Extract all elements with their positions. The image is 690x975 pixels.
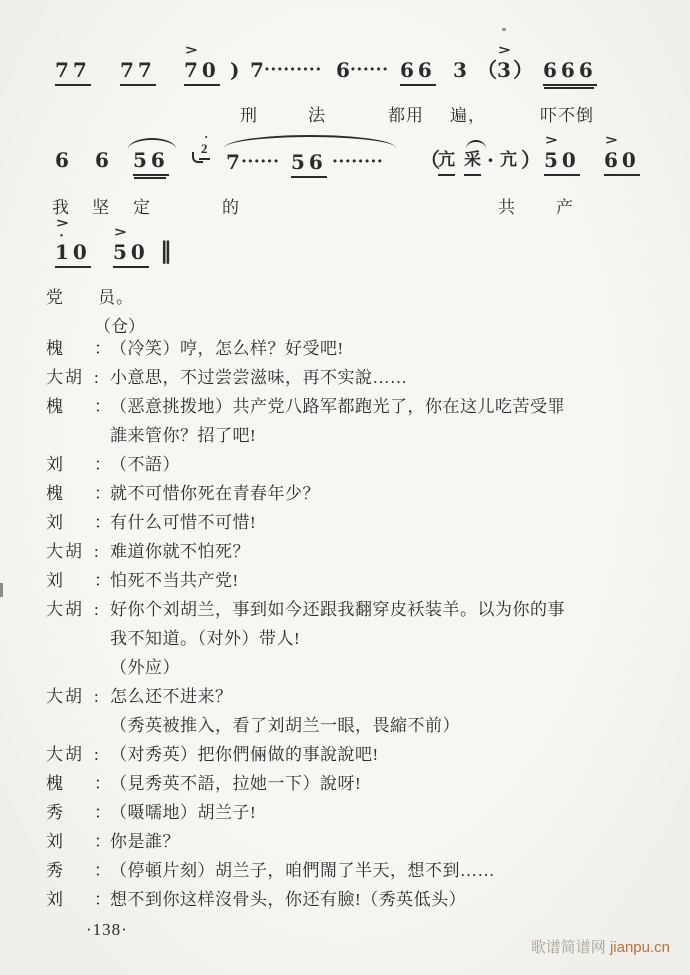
open-paren: （ (420, 148, 440, 172)
dialogue-row: 槐：（恶意挑拨地）共产党八路军都跑光了，你在这儿吃苦受罪 (46, 392, 662, 421)
final-barline: ‖ (160, 238, 172, 264)
scan-speckle (502, 28, 506, 31)
speaker-label: 大胡 (46, 363, 94, 392)
music-note: 66 (400, 58, 436, 86)
scanned-score-page: 77 77 >70 ) 7 ········· 6 ······ 66 3 （ … (0, 0, 690, 975)
dialogue-text: 就不可惜你死在青春年少？ (110, 479, 662, 508)
speaker-label: 刘 (46, 566, 94, 595)
dialogue-text: （冷笑）哼，怎么样？好受吧! (110, 334, 662, 363)
dialogue-text: （嗫嚅地）胡兰子! (110, 798, 662, 827)
speaker-label: 大胡 (46, 682, 94, 711)
speaker-label: 大胡 (46, 740, 94, 769)
music-note: >·10 (55, 240, 91, 268)
music-note: >60 (604, 148, 640, 176)
speaker-label: 大胡 (46, 537, 94, 566)
speaker-label: 秀 (46, 798, 94, 827)
speaker-colon (94, 653, 110, 682)
dialogue-row: 刘：你是誰？ (46, 827, 662, 856)
dialogue-row: 大胡:怎么还不进来？ (46, 682, 662, 711)
watermark-site-name: 歌谱简谱网 (531, 939, 610, 956)
speaker-colon: ： (94, 885, 110, 914)
speaker-colon: : (94, 682, 110, 711)
lyric-syllable: 共 (498, 193, 516, 218)
dialogue-row: 刘：有什么可惜不可惜! (46, 508, 662, 537)
dialogue-text: 怕死不当共产党! (110, 566, 662, 595)
speaker-colon: : (94, 595, 110, 624)
speaker-colon: ： (94, 798, 110, 827)
music-note: >50 (113, 240, 149, 268)
accent-icon: > (114, 225, 128, 239)
dialogue-text: （停頓片刻）胡兰子，咱們閙了半天，想不到…… (110, 856, 662, 885)
music-note: >70 (184, 58, 220, 86)
dialogue-row: 槐：（見秀英不語，拉她一下）說呀! (46, 769, 662, 798)
speaker-label: 槐 (46, 769, 94, 798)
accent-icon: > (498, 43, 512, 57)
speaker-label: 大胡 (46, 595, 94, 624)
dialogue-text: 想不到你这样沒骨头，你还有臉!（秀英低头） (110, 885, 662, 914)
dialogue-row: 刘：怕死不当共产党! (46, 566, 662, 595)
watermark-site-url: jianpu.cn (610, 939, 670, 956)
dialogue-row: 大胡:（对秀英）把你們倆做的事說說吧! (46, 740, 662, 769)
speaker-label: 刘 (46, 450, 94, 479)
speaker-colon: ： (94, 769, 110, 798)
music-note: 7 (250, 58, 265, 82)
speaker-label (46, 653, 94, 682)
lyric-syllable: 我 (52, 193, 70, 218)
dialogue-row: 秀：（嗫嚅地）胡兰子! (46, 798, 662, 827)
lyric-syllable: 刑 (240, 101, 258, 126)
speaker-colon: ： (94, 827, 110, 856)
scan-speckle (0, 583, 3, 597)
music-note: 6 (336, 58, 351, 82)
percussion-syllable: 亢 (500, 148, 517, 172)
music-note: 77 (120, 58, 156, 86)
lyric-syllable: 员。 (98, 283, 134, 308)
dialogue-row: 大胡:难道你就不怕死？ (46, 537, 662, 566)
speaker-colon: ： (94, 566, 110, 595)
dialogue-row: 大胡:小意思，不过尝尝滋味，再不实說…… (46, 363, 662, 392)
lyric-syllable: 定 (133, 193, 151, 218)
speaker-label (46, 421, 94, 450)
octave-dot-icon: · (204, 129, 208, 145)
dialogue-text: 怎么还不进来？ (110, 682, 662, 711)
grace-hook-icon (192, 152, 203, 163)
duration-dots: ······ (350, 58, 389, 82)
duration-dots: ······ (241, 150, 280, 174)
speaker-label (46, 711, 94, 740)
music-note: 3 (453, 58, 468, 82)
speaker-label (46, 624, 94, 653)
dialogue-row: （秀英被推入，看了刘胡兰一眼，畏縮不前） (46, 711, 662, 740)
speaker-label: 槐 (46, 392, 94, 421)
close-paren: ) (230, 58, 239, 82)
speaker-colon: ： (94, 334, 110, 363)
percussion-syllable: 采 (464, 148, 481, 176)
dialogue-text: 难道你就不怕死？ (110, 537, 662, 566)
lyric-syllable: 都用 (388, 101, 424, 126)
speaker-label: 秀 (46, 856, 94, 885)
speaker-colon: : (94, 363, 110, 392)
speaker-label: 刘 (46, 827, 94, 856)
speaker-colon: ： (94, 508, 110, 537)
dialogue-text: 有什么可惜不可惜! (110, 508, 662, 537)
grace-note: ·2 (199, 140, 210, 160)
lyric-syllable: 吓不倒 (540, 101, 594, 126)
duration-dots: ········· (264, 58, 322, 82)
dot-separator: · (487, 148, 495, 172)
dialogue-block: 槐：（冷笑）哼，怎么样？好受吧! 大胡:小意思，不过尝尝滋味，再不实說…… 槐：… (46, 334, 662, 914)
lyric-syllable: 产 (556, 193, 574, 218)
dialogue-text: （不語） (110, 450, 662, 479)
duration-dots: ········ (332, 150, 383, 174)
percussion-syllable: 亢 (438, 148, 455, 176)
dialogue-row: 刘：（不語） (46, 450, 662, 479)
dialogue-text: （見秀英不語，拉她一下）說呀! (110, 769, 662, 798)
music-note: >50 (544, 148, 580, 176)
dialogue-row: 秀：（停頓片刻）胡兰子，咱們閙了半天，想不到…… (46, 856, 662, 885)
dialogue-text: 好你个刘胡兰，事到如今还跟我翻穿皮袄装羊。以为你的事 (110, 595, 662, 624)
dialogue-row: （外应） (46, 653, 662, 682)
dialogue-row: 我不知道。（对外）带人! (46, 624, 662, 653)
dialogue-text: 你是誰？ (110, 827, 662, 856)
dialogue-text: （恶意挑拨地）共产党八路军都跑光了，你在这儿吃苦受罪 (110, 392, 662, 421)
dialogue-text: （对秀英）把你們倆做的事說說吧! (110, 740, 662, 769)
speaker-colon: ： (94, 856, 110, 885)
lyric-syllable: 坚 (92, 193, 110, 218)
music-note: 77 (55, 58, 91, 86)
music-note: 6 (55, 148, 70, 172)
speaker-label: 刘 (46, 885, 94, 914)
accent-icon: > (545, 133, 559, 147)
open-paren: （ (477, 58, 497, 82)
stage-direction: （秀英被推入，看了刘胡兰一眼，畏縮不前） (110, 711, 662, 740)
speaker-label: 槐 (46, 334, 94, 363)
watermark: 歌谱简谱网 jianpu.cn (531, 936, 670, 957)
music-note: 7 (226, 150, 241, 174)
speaker-colon: : (94, 740, 110, 769)
accent-icon: > (605, 133, 619, 147)
dialogue-row: 大胡:好你个刘胡兰，事到如今还跟我翻穿皮袄装羊。以为你的事 (46, 595, 662, 624)
dialogue-text: 誰来管你？招了吧! (110, 421, 662, 450)
lyric-syllable: 的 (222, 193, 240, 218)
speaker-label: 槐 (46, 479, 94, 508)
accent-icon: > (185, 43, 199, 57)
music-note: 666 (543, 58, 597, 86)
music-note: >3 (497, 58, 512, 82)
dialogue-row: 誰来管你？招了吧! (46, 421, 662, 450)
dialogue-text: 我不知道。（对外）带人! (110, 624, 662, 653)
speaker-colon: ： (94, 479, 110, 508)
speaker-colon: ： (94, 392, 110, 421)
lyric-syllable: 党 (46, 283, 64, 308)
stage-direction: （外应） (110, 653, 662, 682)
speaker-label: 刘 (46, 508, 94, 537)
page-number: ·138· (86, 920, 128, 940)
dialogue-row: 槐：就不可惜你死在青春年少？ (46, 479, 662, 508)
dialogue-text: 小意思，不过尝尝滋味，再不实說…… (110, 363, 662, 392)
music-note: 6 (95, 148, 110, 172)
music-note: 56 (133, 148, 169, 176)
lyric-syllable: 法 (308, 101, 326, 126)
close-paren: ） (513, 58, 533, 82)
speaker-colon: ： (94, 450, 110, 479)
dialogue-row: 槐：（冷笑）哼，怎么样？好受吧! (46, 334, 662, 363)
speaker-colon (94, 624, 110, 653)
dialogue-row: 刘：想不到你这样沒骨头，你还有臉!（秀英低头） (46, 885, 662, 914)
speaker-colon: : (94, 537, 110, 566)
speaker-colon (94, 711, 110, 740)
music-note: 56 (291, 150, 327, 178)
lyric-syllable: 遍， (450, 101, 486, 126)
slur (224, 135, 396, 148)
close-paren: ） (521, 148, 541, 172)
speaker-colon (94, 421, 110, 450)
